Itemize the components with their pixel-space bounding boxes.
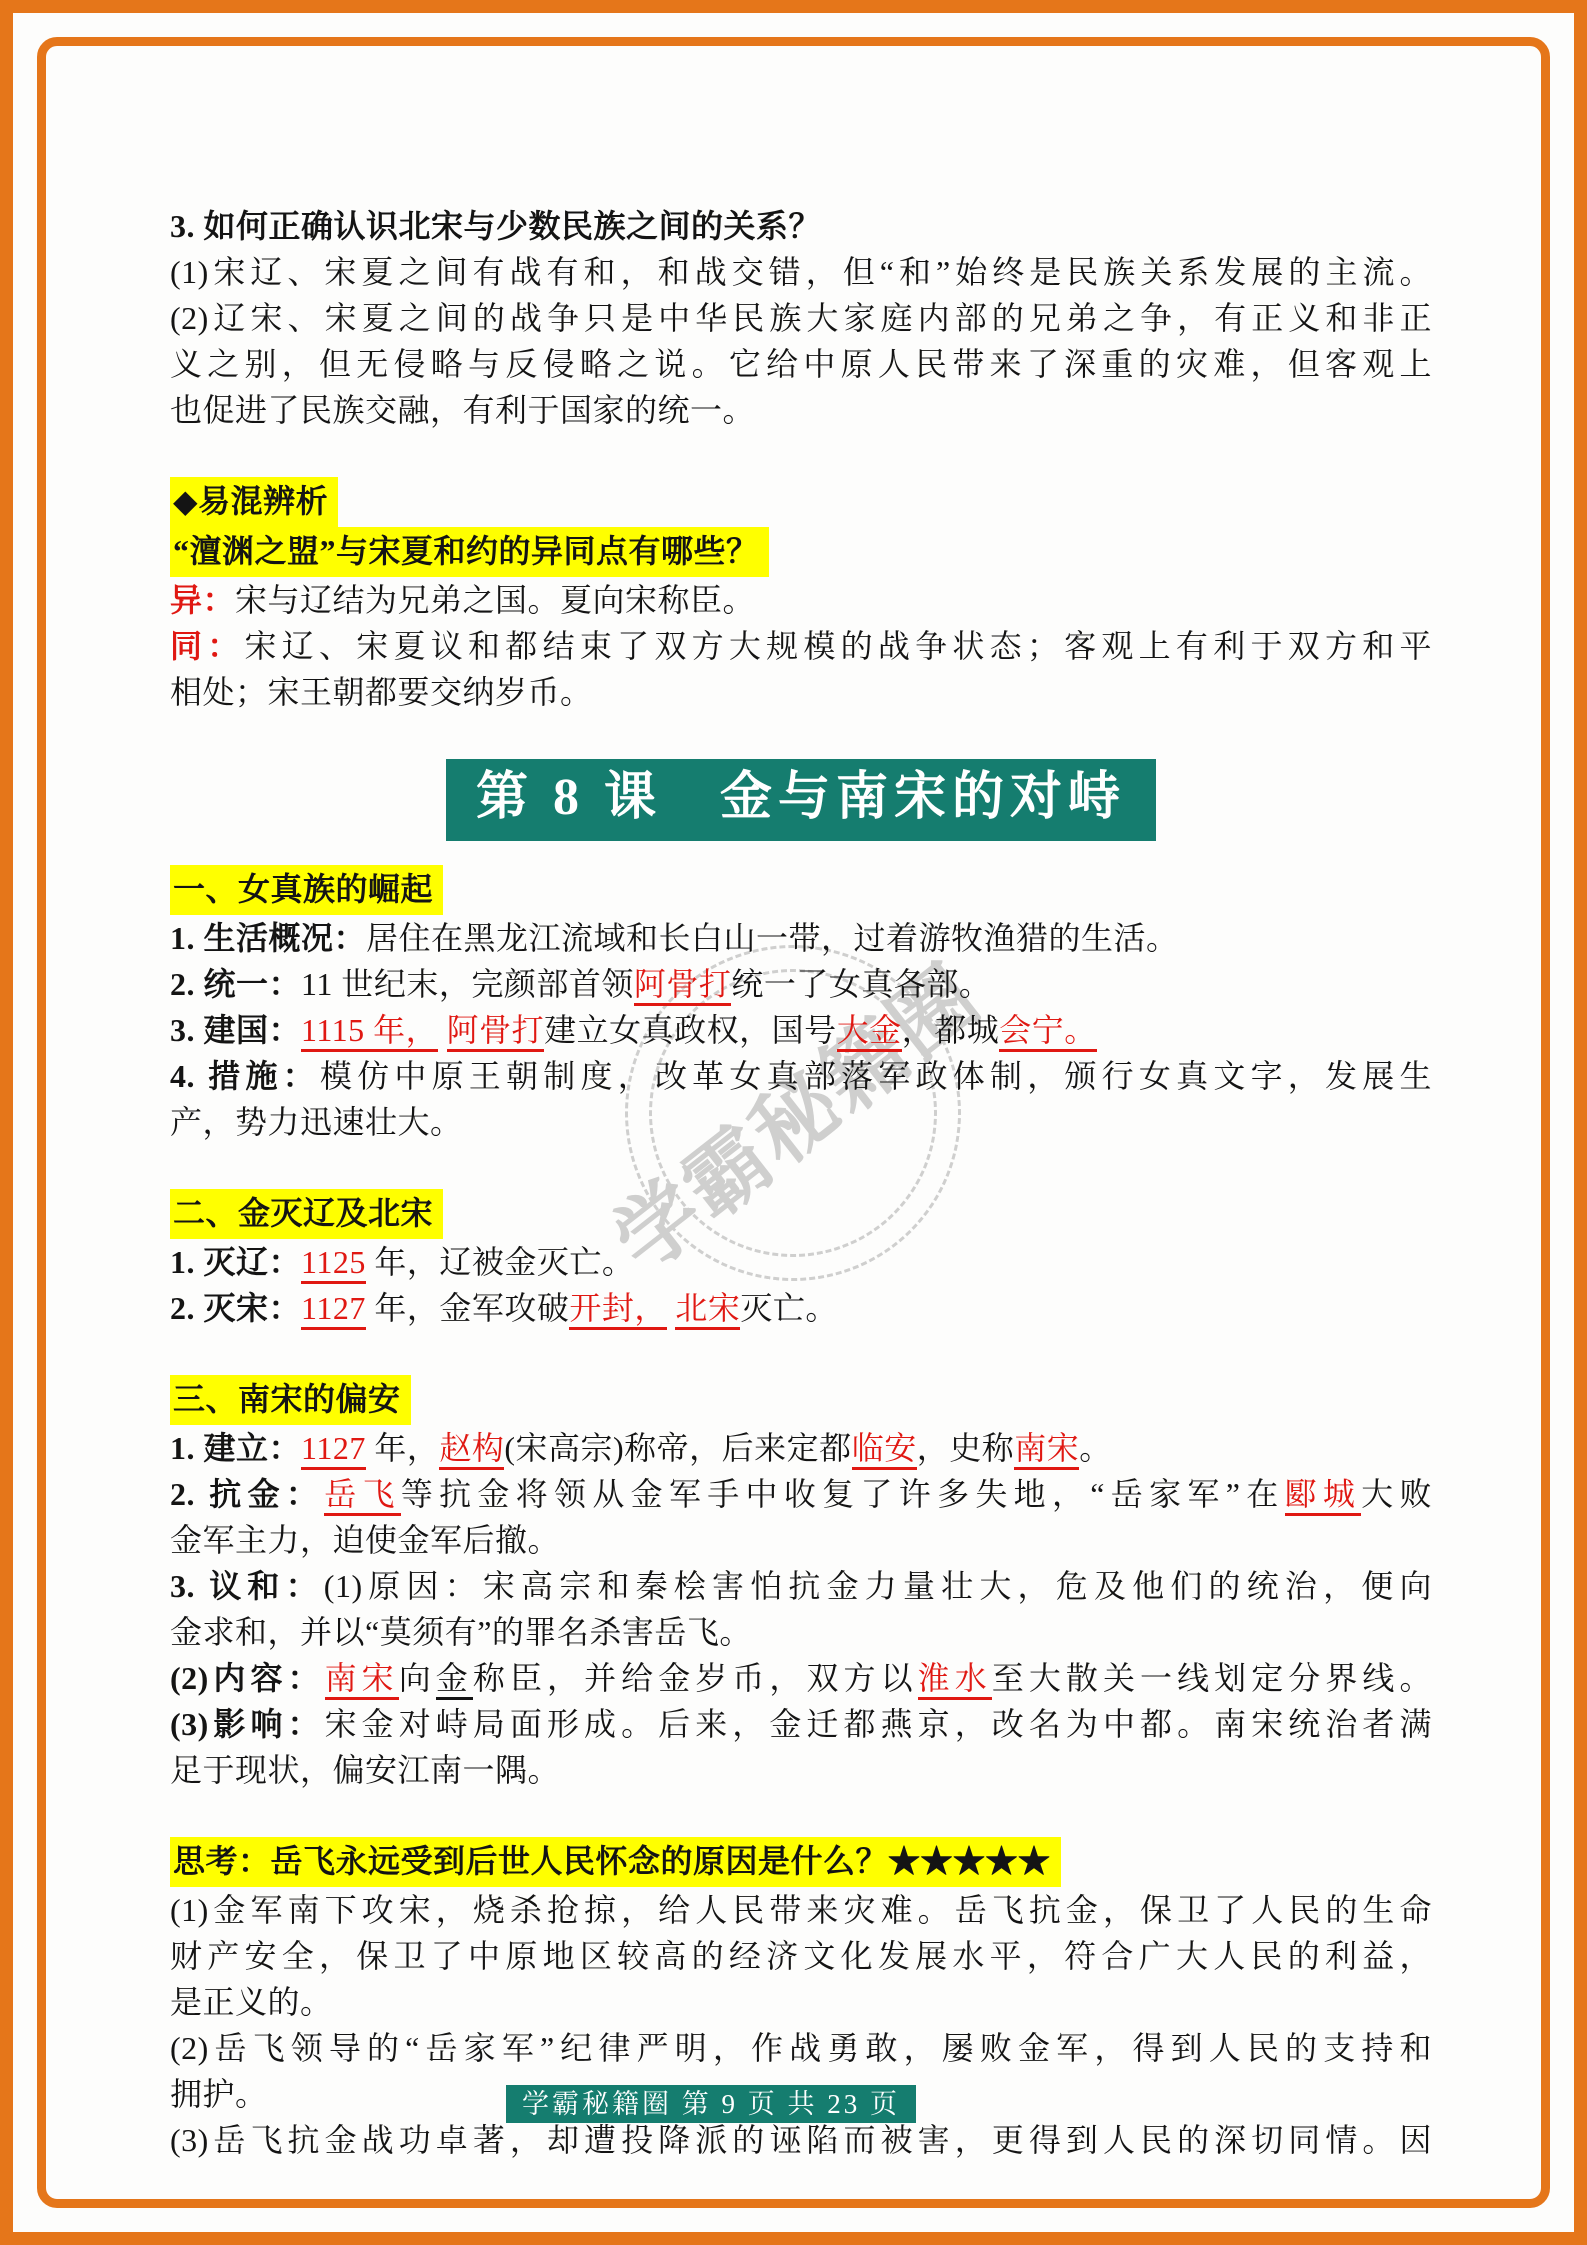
text-segment: (宋高宗)称帝，后来定都: [504, 1430, 851, 1466]
text-segment: 也促进了民族交融，有利于国家的统一。: [170, 392, 755, 428]
highlight-line: 三、南宋的偏安: [170, 1375, 1432, 1425]
text-segment: 称臣，并给金岁币，双方以: [473, 1660, 918, 1696]
text-segment: 宋辽、宋夏议和都结束了双方大规模的战争状态；客观上有利于双方和平: [245, 628, 1432, 664]
text-segment: 3. 议和：: [170, 1568, 324, 1604]
text-segment: ，史称: [917, 1430, 1015, 1466]
lesson-banner: 第 8 课 金与南宋的对峙: [446, 759, 1156, 841]
text-segment: 2. 统一：: [170, 966, 301, 1002]
text-line: 1. 灭辽：1125 年，辽被金灭亡。: [170, 1239, 1432, 1285]
text-line: 2. 灭宋：1127 年，金军攻破开封， 北宋灭亡。: [170, 1285, 1432, 1331]
text-segment: ◆易混辨析: [173, 483, 328, 519]
text-segment: ，都城: [902, 1012, 1000, 1048]
southern-song-section: 三、南宋的偏安1. 建立：1127 年，赵构(宋高宗)称帝，后来定都临安，史称南…: [170, 1375, 1432, 1793]
text-segment: 足于现状，偏安江南一隅。: [170, 1752, 560, 1788]
text-line: (3)岳飞抗金战功卓著，却遭投降派的诬陷而被害，更得到人民的深切同情。因: [170, 2117, 1432, 2163]
text-line: 2. 统一：11 世纪末，完颜部首领阿骨打统一了女真各部。: [170, 961, 1432, 1007]
text-segment: 1127: [301, 1290, 366, 1330]
text-segment: (1)宋辽、宋夏之间有战有和，和战交错，但“和”始终是民族关系发展的主流。: [170, 254, 1432, 290]
text-line: 同：宋辽、宋夏议和都结束了双方大规模的战争状态；客观上有利于双方和平: [170, 623, 1432, 669]
highlight-line: 二、金灭辽及北宋: [170, 1189, 1432, 1239]
text-line: (1)宋辽、宋夏之间有战有和，和战交错，但“和”始终是民族关系发展的主流。: [170, 249, 1432, 295]
text-segment: 模仿中原王朝制度，改革女真部落军政体制，颁行女真文字，发展生: [320, 1058, 1432, 1094]
text-segment: [438, 1012, 447, 1048]
text-line: 金求和，并以“莫须有”的罪名杀害岳飞。: [170, 1609, 1432, 1655]
text-segment: 赵构: [439, 1430, 504, 1470]
text-segment: 郾城: [1285, 1476, 1362, 1516]
text-segment: 年，辽被金灭亡。: [366, 1244, 635, 1280]
text-line: 产，势力迅速壮大。: [170, 1099, 1432, 1145]
text-segment: 。: [1079, 1430, 1112, 1466]
text-segment: (2)内容：: [170, 1660, 325, 1696]
text-segment: 阿骨打: [447, 1012, 545, 1052]
text-segment: 3. 建国：: [170, 1012, 301, 1048]
text-segment: (2)辽宋、宋夏之间的战争只是中华民族大家庭内部的兄弟之争，有正义和非正: [170, 300, 1432, 336]
text-line: 3. 如何正确认识北宋与少数民族之间的关系？: [170, 203, 1432, 249]
text-segment: 财产安全，保卫了中原地区较高的经济文化发展水平，符合广大人民的利益，: [170, 1938, 1432, 1974]
text-line: 3. 议和：(1)原因：宋高宗和秦桧害怕抗金力量壮大，危及他们的统治，便向: [170, 1563, 1432, 1609]
text-segment: 阿骨打: [634, 966, 732, 1006]
jurchen-rise-section: 一、女真族的崛起1. 生活概况：居住在黑龙江流域和长白山一带，过着游牧渔猎的生活…: [170, 865, 1432, 1145]
text-line: (2)内容：南宋向金称臣，并给金岁币，双方以淮水至大散关一线划定分界线。: [170, 1655, 1432, 1701]
text-segment: 至大散关一线划定分界线。: [992, 1660, 1432, 1696]
yellow-highlight: “澶渊之盟”与宋夏和约的异同点有哪些？: [170, 527, 769, 577]
text-segment: 金求和，并以“莫须有”的罪名杀害岳飞。: [170, 1614, 752, 1650]
text-line: 义之别，但无侵略与反侵略之说。它给中原人民带来了深重的灾难，但客观上: [170, 341, 1432, 387]
text-line: 也促进了民族交融，有利于国家的统一。: [170, 387, 1432, 433]
yellow-highlight: 三、南宋的偏安: [170, 1375, 411, 1425]
text-line: (2)岳飞领导的“岳家军”纪律严明，作战勇敢，屡败金军，得到人民的支持和: [170, 2025, 1432, 2071]
text-segment: 11 世纪末，完颜部首领: [301, 966, 634, 1002]
text-segment: 4. 措施：: [170, 1058, 320, 1094]
text-line: 是正义的。: [170, 1979, 1432, 2025]
text-segment: 义之别，但无侵略与反侵略之说。它给中原人民带来了深重的灾难，但客观上: [170, 346, 1432, 382]
text-segment: 同：: [170, 628, 245, 664]
text-line: (2)辽宋、宋夏之间的战争只是中华民族大家庭内部的兄弟之争，有正义和非正: [170, 295, 1432, 341]
text-segment: 金: [436, 1660, 473, 1700]
yellow-highlight: 二、金灭辽及北宋: [170, 1189, 443, 1239]
text-line: 4. 措施：模仿中原王朝制度，改革女真部落军政体制，颁行女真文字，发展生: [170, 1053, 1432, 1099]
text-segment: 3. 如何正确认识北宋与少数民族之间的关系？: [170, 208, 821, 244]
text-segment: 思考：岳飞永远受到后世人民怀念的原因是什么？★★★★★: [173, 1843, 1051, 1879]
document-page: 学霸秘籍圈 3. 如何正确认识北宋与少数民族之间的关系？(1)宋辽、宋夏之间有战…: [0, 0, 1587, 2245]
text-segment: (1)金军南下攻宋，烧杀抢掠，给人民带来灾难。岳飞抗金，保卫了人民的生命: [170, 1892, 1432, 1928]
text-segment: 1. 灭辽：: [170, 1244, 301, 1280]
text-line: 异：宋与辽结为兄弟之国。夏向宋称臣。: [170, 577, 1432, 623]
text-line: 1. 生活概况：居住在黑龙江流域和长白山一带，过着游牧渔猎的生活。: [170, 915, 1432, 961]
text-segment: 等抗金将领从金军手中收复了许多失地，“岳家军”在: [401, 1476, 1285, 1512]
highlight-line: 思考：岳飞永远受到后世人民怀念的原因是什么？★★★★★: [170, 1837, 1432, 1887]
text-line: 金军主力，迫使金军后撤。: [170, 1517, 1432, 1563]
text-segment: 1115 年，: [301, 1012, 438, 1052]
text-segment: 拥护。: [170, 2076, 268, 2112]
text-segment: (3)影响：: [170, 1706, 325, 1742]
text-segment: 宋与辽结为兄弟之国。夏向宋称臣。: [235, 582, 755, 618]
text-segment: 二、金灭辽及北宋: [173, 1195, 433, 1231]
text-segment: 1125: [301, 1244, 366, 1284]
text-segment: 年，: [366, 1430, 440, 1466]
text-line: (1)金军南下攻宋，烧杀抢掠，给人民带来灾难。岳飞抗金，保卫了人民的生命: [170, 1887, 1432, 1933]
text-line: 1. 建立：1127 年，赵构(宋高宗)称帝，后来定都临安，史称南宋。: [170, 1425, 1432, 1471]
text-segment: (3)岳飞抗金战功卓著，却遭投降派的诬陷而被害，更得到人民的深切同情。因: [170, 2122, 1432, 2158]
text-segment: 2. 抗金：: [170, 1476, 324, 1512]
text-segment: (2)岳飞领导的“岳家军”纪律严明，作战勇敢，屡败金军，得到人民的支持和: [170, 2030, 1432, 2066]
page-footer: 学霸秘籍圈 第 9 页 共 23 页: [506, 2085, 916, 2123]
qa-section: 3. 如何正确认识北宋与少数民族之间的关系？(1)宋辽、宋夏之间有战有和，和战交…: [170, 203, 1432, 433]
text-line: (3)影响：宋金对峙局面形成。后来，金迁都燕京，改名为中都。南宋统治者满: [170, 1701, 1432, 1747]
text-segment: 年，金军攻破: [366, 1290, 570, 1326]
text-segment: 南宋: [1014, 1430, 1079, 1470]
text-line: 相处；宋王朝都要交纳岁币。: [170, 669, 1432, 715]
text-segment: 1. 建立：: [170, 1430, 301, 1466]
text-segment: 居住在黑龙江流域和长白山一带，过着游牧渔猎的生活。: [366, 920, 1179, 956]
highlight-line: “澶渊之盟”与宋夏和约的异同点有哪些？: [170, 527, 1432, 577]
text-segment: 大败: [1361, 1476, 1432, 1512]
text-segment: 异：: [170, 582, 235, 618]
analysis-section: ◆易混辨析“澶渊之盟”与宋夏和约的异同点有哪些？异：宋与辽结为兄弟之国。夏向宋称…: [170, 477, 1432, 715]
text-segment: 三、南宋的偏安: [173, 1381, 401, 1417]
text-segment: 开封，: [569, 1290, 667, 1330]
text-segment: 建立女真政权，国号: [544, 1012, 837, 1048]
text-segment: (1)原因：宋高宗和秦桧害怕抗金力量壮大，危及他们的统治，便向: [324, 1568, 1432, 1604]
text-segment: 南宋: [325, 1660, 399, 1700]
document-body: 3. 如何正确认识北宋与少数民族之间的关系？(1)宋辽、宋夏之间有战有和，和战交…: [170, 203, 1432, 2163]
text-segment: 1127: [301, 1430, 366, 1470]
text-segment: 岳飞: [324, 1476, 401, 1516]
text-segment: 灭亡。: [740, 1290, 838, 1326]
text-segment: 1. 生活概况：: [170, 920, 366, 956]
text-segment: “澶渊之盟”与宋夏和约的异同点有哪些？: [173, 533, 759, 569]
text-segment: 产，势力迅速壮大。: [170, 1104, 463, 1140]
text-segment: 临安: [852, 1430, 917, 1470]
text-segment: 宋金对峙局面形成。后来，金迁都燕京，改名为中都。南宋统治者满: [325, 1706, 1432, 1742]
yellow-highlight: 一、女真族的崛起: [170, 865, 443, 915]
text-line: 2. 抗金：岳飞等抗金将领从金军手中收复了许多失地，“岳家军”在郾城大败: [170, 1471, 1432, 1517]
highlight-line: 一、女真族的崛起: [170, 865, 1432, 915]
text-segment: 统一了女真各部。: [731, 966, 991, 1002]
text-segment: 北宋: [675, 1290, 740, 1330]
text-segment: 是正义的。: [170, 1984, 333, 2020]
text-segment: 金军主力，迫使金军后撤。: [170, 1522, 560, 1558]
text-line: 足于现状，偏安江南一隅。: [170, 1747, 1432, 1793]
text-segment: 2. 灭宋：: [170, 1290, 301, 1326]
text-segment: 淮水: [918, 1660, 992, 1700]
text-segment: 向: [399, 1660, 436, 1696]
text-segment: 会宁。: [999, 1012, 1097, 1052]
text-line: 财产安全，保卫了中原地区较高的经济文化发展水平，符合广大人民的利益，: [170, 1933, 1432, 1979]
yellow-highlight: ◆易混辨析: [170, 477, 338, 527]
jin-conquest-section: 二、金灭辽及北宋1. 灭辽：1125 年，辽被金灭亡。2. 灭宋：1127 年，…: [170, 1189, 1432, 1331]
text-segment: 一、女真族的崛起: [173, 871, 433, 907]
text-segment: 相处；宋王朝都要交纳岁币。: [170, 674, 593, 710]
text-segment: 大金: [837, 1012, 902, 1052]
yellow-highlight: 思考：岳飞永远受到后世人民怀念的原因是什么？★★★★★: [170, 1837, 1061, 1887]
text-line: 3. 建国：1115 年， 阿骨打建立女真政权，国号大金，都城会宁。: [170, 1007, 1432, 1053]
highlight-line: ◆易混辨析: [170, 477, 1432, 527]
